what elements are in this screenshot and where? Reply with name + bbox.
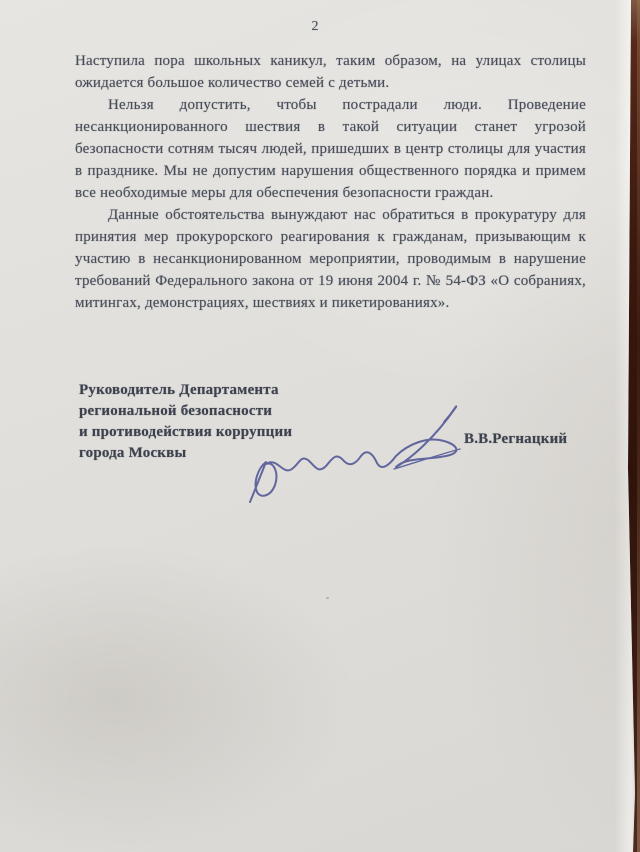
text-line: безопасности сотням тысяч людей, пришедш… — [75, 138, 586, 160]
document-body: Наступила пора школьных каникул, таким о… — [75, 50, 586, 314]
text-line: ожидается большое количество семей с дет… — [75, 72, 586, 94]
text-line: несанкционированного шествия в такой сит… — [75, 116, 586, 138]
text-line: Нельзя допустить, чтобы пострадали люди.… — [75, 94, 586, 116]
handwritten-signature-icon — [238, 393, 470, 511]
text-line: митингах, демонстрациях, шествиях и пике… — [75, 292, 586, 314]
text-line: Данные обстоятельства вынуждают нас обра… — [75, 204, 586, 226]
text-line: все необходимые меры для обеспечения без… — [75, 182, 586, 204]
text-line: требований Федерального закона от 19 июн… — [75, 270, 586, 292]
text-line: принятия мер прокурорского реагирования … — [75, 226, 586, 248]
text-line: Наступила пора школьных каникул, таким о… — [75, 50, 586, 72]
signatory-name: В.В.Регнацкий — [464, 431, 567, 448]
text-line: участию в несанкционированном мероприяти… — [75, 248, 586, 270]
page-number: 2 — [0, 19, 630, 35]
paper-speck — [326, 597, 329, 599]
text-line: в празднике. Мы не допустим нарушения об… — [75, 160, 586, 182]
document-photo: 2 Наступила пора школьных каникул, таким… — [0, 0, 640, 852]
document-page: 2 Наступила пора школьных каникул, таким… — [0, 0, 640, 852]
